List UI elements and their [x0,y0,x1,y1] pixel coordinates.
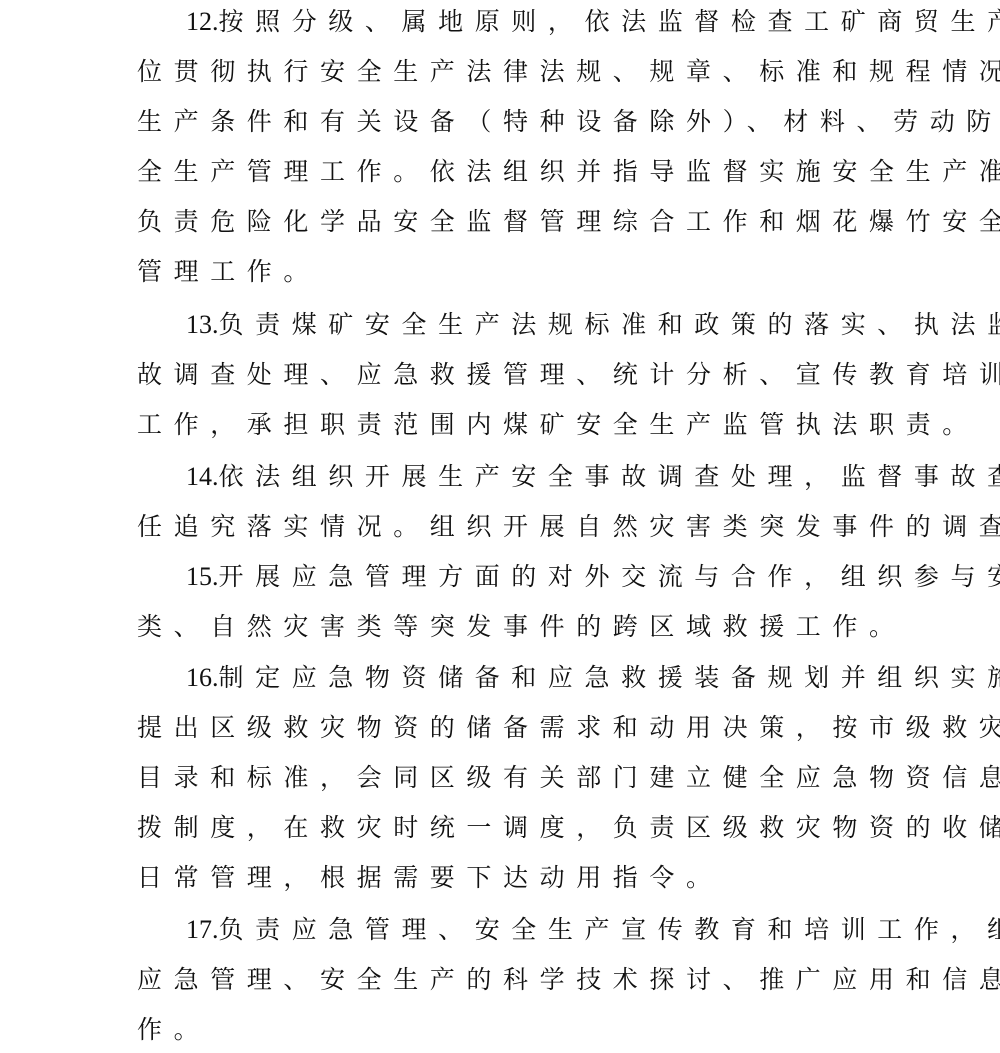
paragraph-number: 12. [186,7,219,36]
paragraph-12-line-5: 负责危险化学品安全监督管理综合工作和烟花爆竹安全生产监督 [137,202,897,242]
paragraph-16-line-4: 拨制度，在救灾时统一调度，负责区级救灾物资的收储、轮换和 [137,808,897,848]
paragraph-13-line-2: 故调查处理、应急救援管理、统计分析、宣传教育培训等综合性 [137,355,897,395]
paragraph-16-line-1: 16.制定应急物资储备和应急救援装备规划并组织实施，负责 [186,658,946,698]
paragraph-12-line-2: 位贯彻执行安全生产法律法规、规章、标准和规程情况及其安全 [137,52,897,92]
paragraph-17-line-2: 应急管理、安全生产的科学技术探讨、推广应用和信息化建设工 [137,960,897,1000]
paragraph-12-line-4: 全生产管理工作。依法组织并指导监督实施安全生产准入制度。 [137,152,897,192]
paragraph-13-line-3: 工作，承担职责范围内煤矿安全生产监管执法职责。 [137,405,897,445]
paragraph-12-line-3: 生产条件和有关设备（特种设备除外）、材料、劳动防护用品的安 [137,102,897,142]
paragraph-15-line-2: 类、自然灾害类等突发事件的跨区域救援工作。 [137,607,897,647]
paragraph-16-line-2: 提出区级救灾物资的储备需求和动用决策，按市级救灾物资品种 [137,708,897,748]
document-page: 12.按照分级、属地原则，依法监督检查工矿商贸生产经营单 位贯彻执行安全生产法律… [0,0,1000,1053]
paragraph-17-line-1: 17.负责应急管理、安全生产宣传教育和培训工作，组织指导 [186,910,946,950]
paragraph-number: 14. [186,462,219,491]
paragraph-number: 15. [186,562,219,591]
paragraph-14-line-1: 14.依法组织开展生产安全事故调查处理，监督事故查处和责 [186,457,946,497]
paragraph-14-line-2: 任追究落实情况。组织开展自然灾害类突发事件的调查评估工作。 [137,507,897,547]
paragraph-12-line-6: 管理工作。 [137,252,897,292]
paragraph-16-line-3: 目录和标准，会同区级有关部门建立健全应急物资信息平台和调 [137,758,897,798]
paragraph-number: 17. [186,915,219,944]
paragraph-number: 16. [186,663,219,692]
paragraph-16-line-5: 日常管理，根据需要下达动用指令。 [137,858,897,898]
paragraph-15-line-1: 15.开展应急管理方面的对外交流与合作，组织参与安全生产 [186,557,946,597]
paragraph-17-line-3: 作。 [137,1010,897,1050]
paragraph-number: 13. [186,310,219,339]
paragraph-12-line-1: 12.按照分级、属地原则，依法监督检查工矿商贸生产经营单 [186,2,946,42]
paragraph-13-line-1: 13.负责煤矿安全生产法规标准和政策的落实、执法监督、事 [186,305,946,345]
